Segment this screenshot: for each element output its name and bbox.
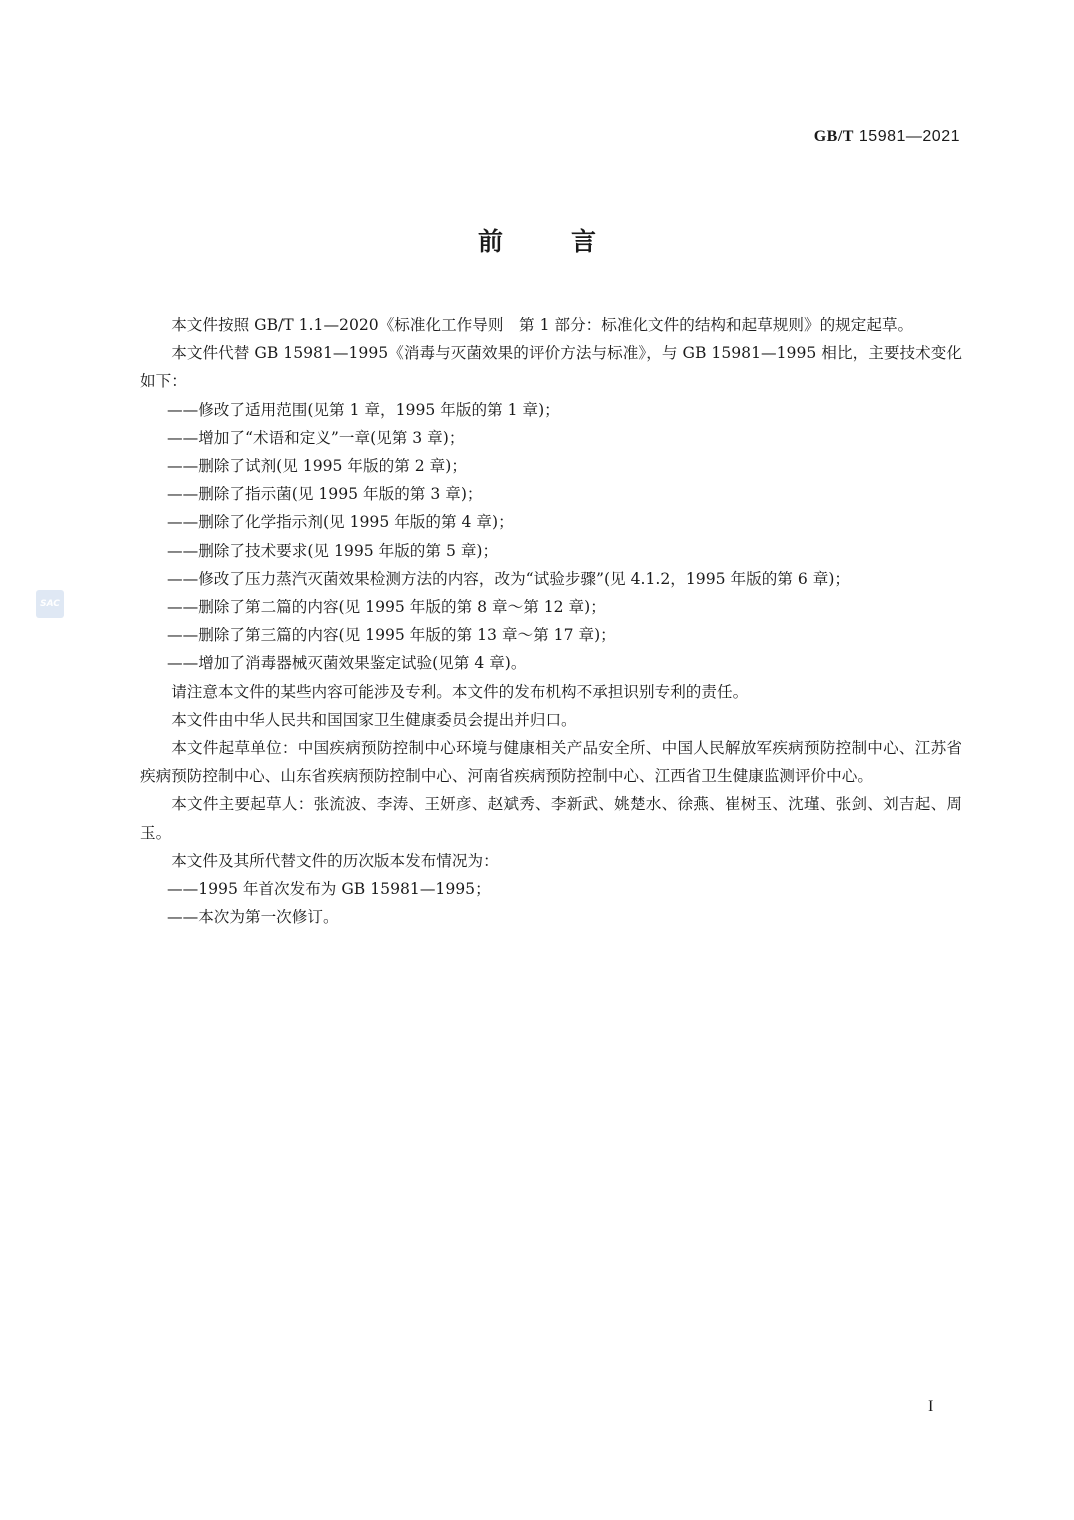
paragraph-patent-notice: 请注意本文件的某些内容可能涉及专利。本文件的发布机构不承担识别专利的责任。	[140, 678, 962, 706]
list-item: ——增加了“术语和定义”一章(见第 3 章)；	[167, 424, 962, 452]
paragraph-replacement: 本文件代替 GB 15981—1995《消毒与灭菌效果的评价方法与标准》，与 G…	[140, 339, 962, 395]
standard-code-prefix: GB/T	[814, 128, 854, 145]
foreword-body: 本文件按照 GB/T 1.1—2020《标准化工作导则 第 1 部分：标准化文件…	[140, 311, 962, 931]
list-item: ——删除了指示菌(见 1995 年版的第 3 章)；	[167, 480, 962, 508]
paragraph-proposer: 本文件由中华人民共和国国家卫生健康委员会提出并归口。	[140, 706, 962, 734]
standard-code-number: 15981—2021	[859, 128, 960, 145]
list-item: ——删除了第二篇的内容(见 1995 年版的第 8 章～第 12 章)；	[167, 593, 962, 621]
paragraph-drafting-rules: 本文件按照 GB/T 1.1—2020《标准化工作导则 第 1 部分：标准化文件…	[140, 311, 962, 339]
changes-list: ——修改了适用范围(见第 1 章，1995 年版的第 1 章)； ——增加了“术…	[140, 396, 962, 678]
standard-code: GB/T 15981—2021	[814, 128, 960, 146]
list-item: ——修改了压力蒸汽灭菌效果检测方法的内容，改为“试验步骤”(见 4.1.2，19…	[167, 565, 962, 593]
paragraph-drafting-units: 本文件起草单位：中国疾病预防控制中心环境与健康相关产品安全所、中国人民解放军疾病…	[140, 734, 962, 790]
page-number: I	[928, 1398, 933, 1416]
page-title: 前言	[0, 222, 1074, 258]
paragraph-history-intro: 本文件及其所代替文件的历次版本发布情况为：	[140, 847, 962, 875]
list-item: ——删除了试剂(见 1995 年版的第 2 章)；	[167, 452, 962, 480]
list-item: ——修改了适用范围(见第 1 章，1995 年版的第 1 章)；	[167, 396, 962, 424]
list-item: ——本次为第一次修订。	[167, 903, 962, 931]
list-item: ——删除了第三篇的内容(见 1995 年版的第 13 章～第 17 章)；	[167, 621, 962, 649]
list-item: ——1995 年首次发布为 GB 15981—1995；	[167, 875, 962, 903]
list-item: ——增加了消毒器械灭菌效果鉴定试验(见第 4 章)。	[167, 649, 962, 677]
paragraph-drafters: 本文件主要起草人：张流波、李涛、王妍彦、赵斌秀、李新武、姚楚水、徐燕、崔树玉、沈…	[140, 790, 962, 846]
sac-watermark-logo: SAC	[36, 590, 64, 618]
history-list: ——1995 年首次发布为 GB 15981—1995； ——本次为第一次修订。	[140, 875, 962, 931]
list-item: ——删除了化学指示剂(见 1995 年版的第 4 章)；	[167, 508, 962, 536]
list-item: ——删除了技术要求(见 1995 年版的第 5 章)；	[167, 537, 962, 565]
